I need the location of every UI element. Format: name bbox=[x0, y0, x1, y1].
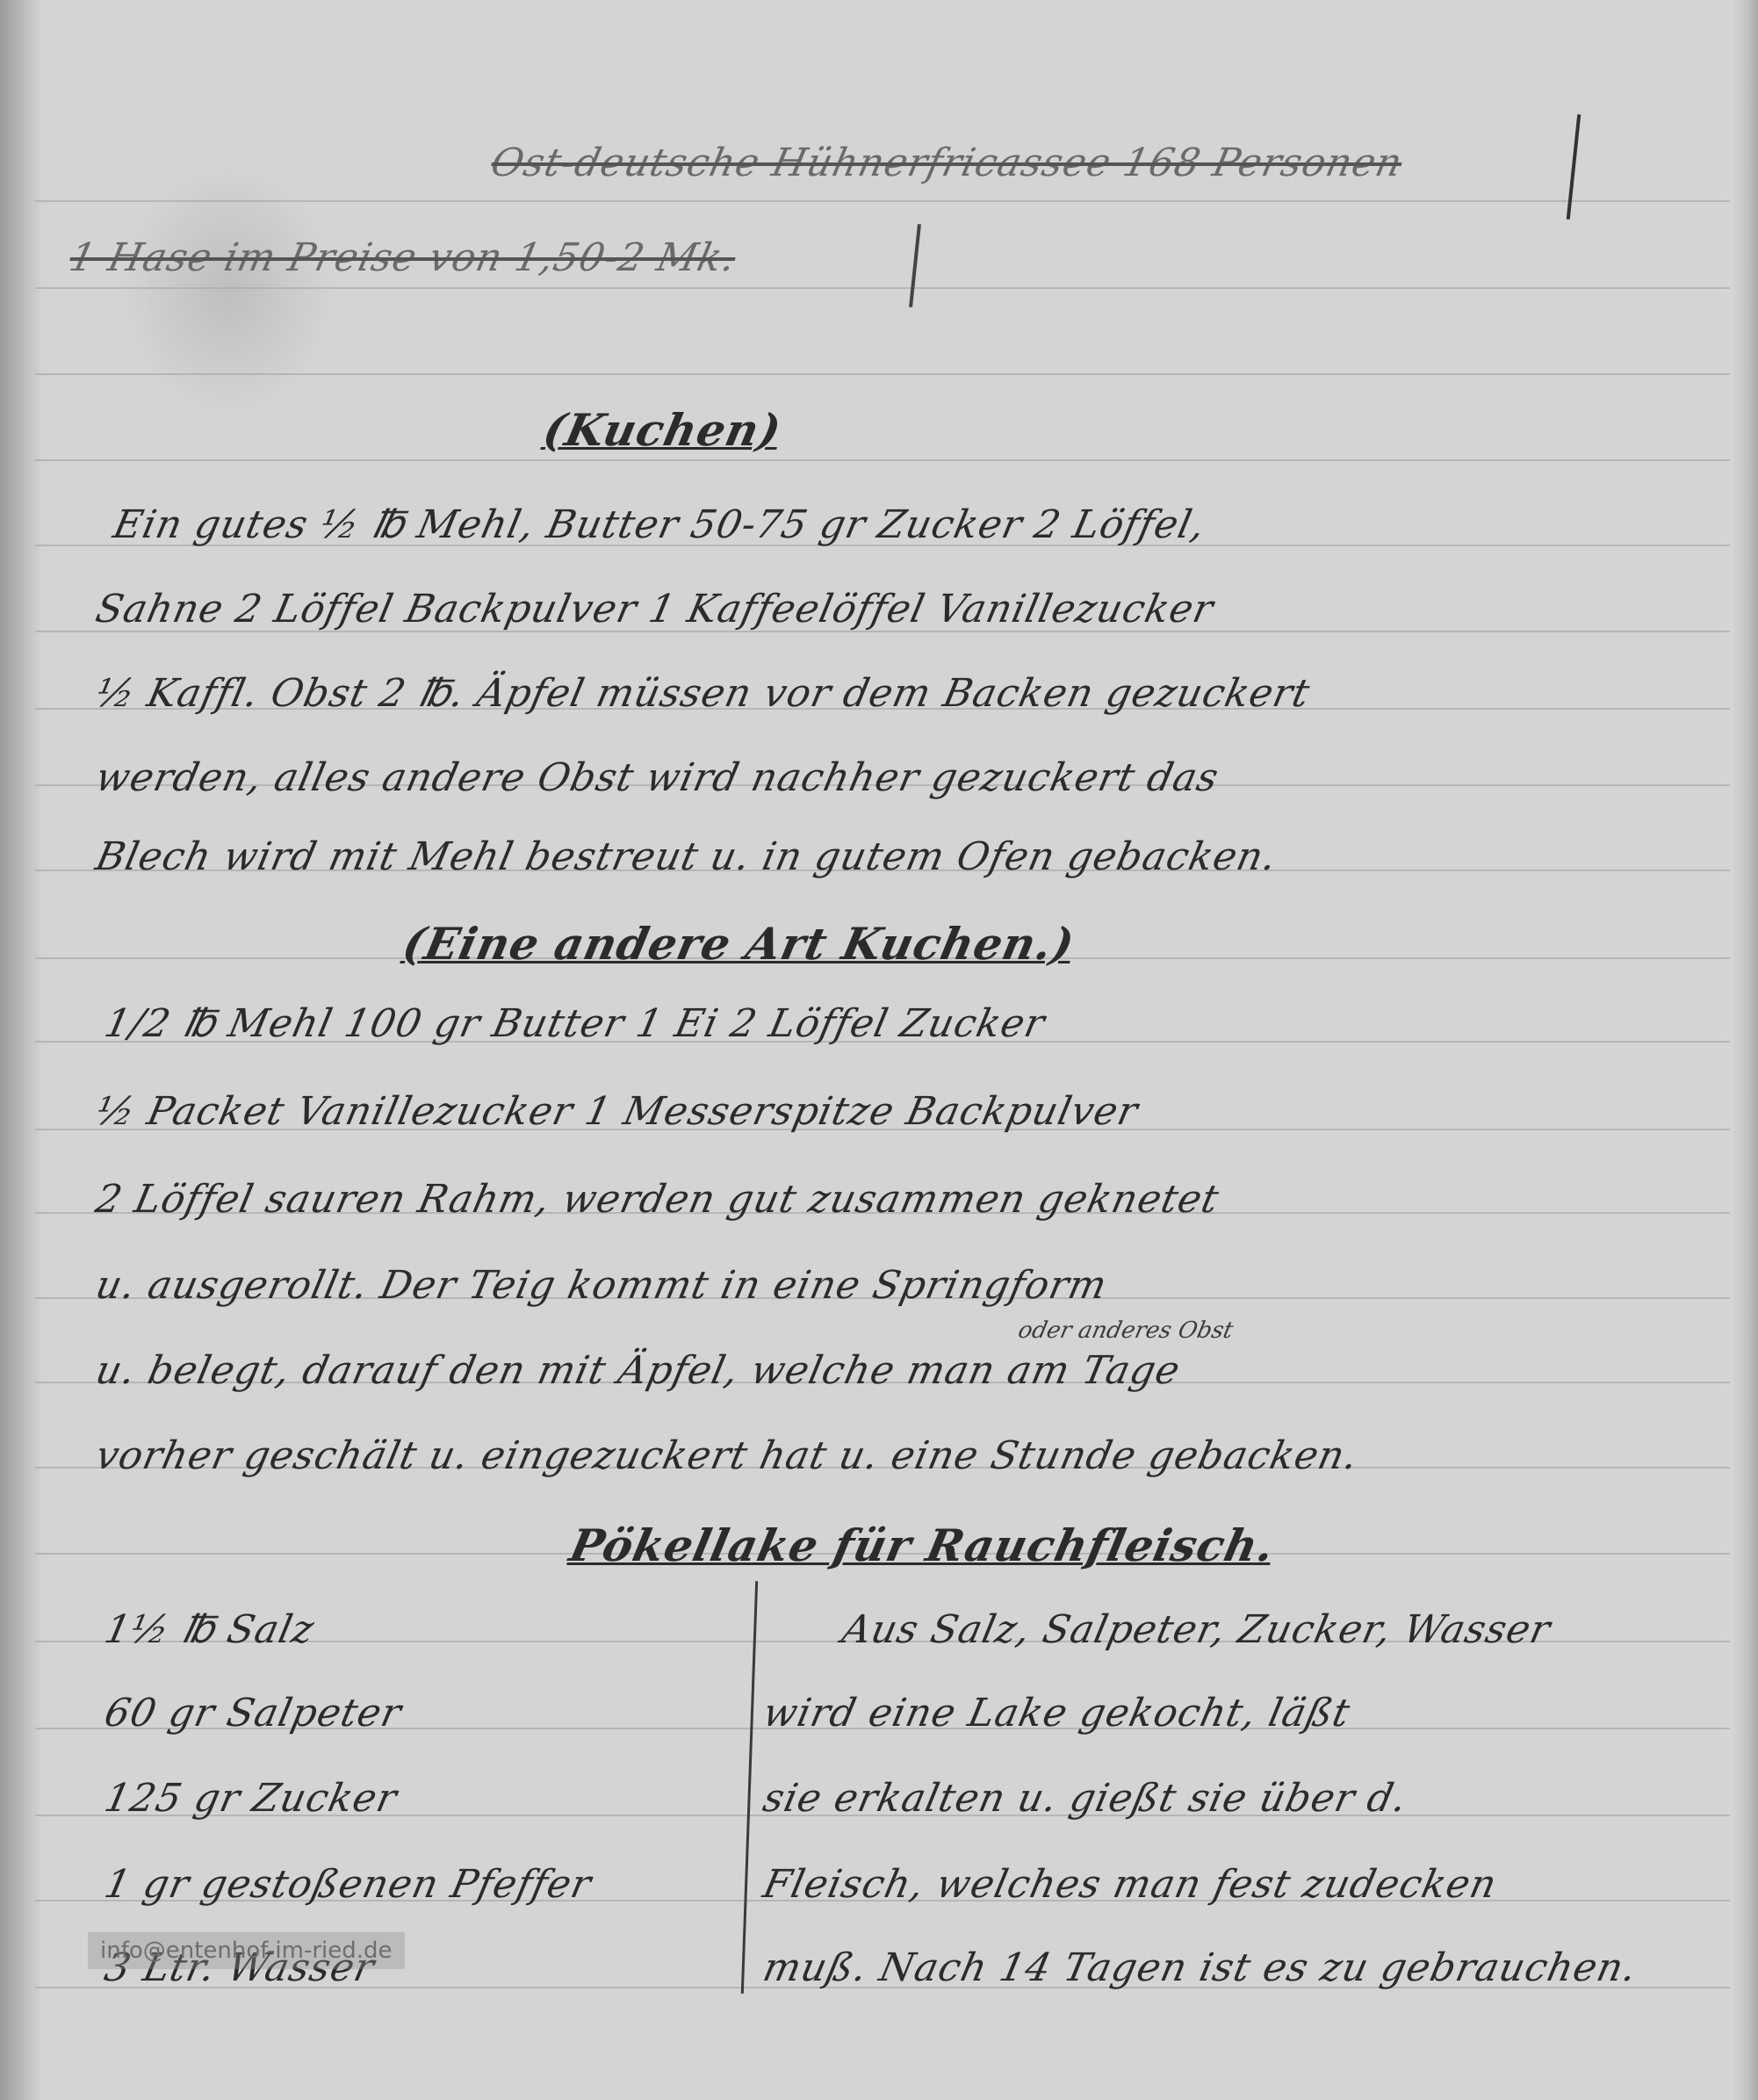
recipe-1-title: (Kuchen) bbox=[539, 404, 787, 456]
ingredient-item: 125 gr Zucker bbox=[101, 1776, 401, 1821]
instruction-line: sie erkalten u. gießt sie über d. bbox=[760, 1776, 1412, 1821]
ruled-line bbox=[35, 287, 1730, 289]
recipe-2-line: ½ Packet Vanillezucker 1 Messerspitze Ba… bbox=[92, 1089, 1142, 1134]
interlinear-insertion: oder anderes Obst bbox=[1016, 1317, 1236, 1344]
instruction-line: wird eine Lake gekocht, läßt bbox=[760, 1691, 1355, 1736]
instruction-line: Aus Salz, Salpeter, Zucker, Wasser bbox=[839, 1607, 1555, 1652]
column-divider bbox=[741, 1581, 758, 1994]
recipe-2-line: u. ausgerollt. Der Teig kommt in eine Sp… bbox=[92, 1263, 1112, 1308]
recipe-3-title: Pökellake für Rauchfleisch. bbox=[566, 1519, 1279, 1571]
margin-stroke bbox=[909, 224, 921, 307]
ingredient-item: 1½ ℔ Salz bbox=[101, 1607, 319, 1652]
ruled-line bbox=[35, 200, 1730, 202]
recipe-1-line: Blech wird mit Mehl bestreut u. in gutem… bbox=[92, 834, 1281, 879]
margin-stroke bbox=[1567, 114, 1581, 220]
recipe-2-line: vorher geschält u. eingezuckert hat u. e… bbox=[92, 1433, 1363, 1478]
manuscript-page: Ost-deutsche Hühnerfricassee 168 Persone… bbox=[0, 0, 1758, 2100]
struck-header-line-1: Ost-deutsche Hühnerfricassee 168 Persone… bbox=[487, 141, 1407, 185]
ruled-line bbox=[35, 373, 1730, 375]
ruled-line bbox=[35, 459, 1730, 461]
instruction-line: Fleisch, welches man fest zudecken bbox=[760, 1862, 1502, 1907]
watermark-email: info@entenhof-im-ried.de bbox=[88, 1932, 405, 1969]
recipe-2-title: (Eine andere Art Kuchen.) bbox=[399, 918, 1079, 970]
recipe-2-line: u. belegt, darauf den mit Äpfel, welche … bbox=[92, 1348, 1185, 1393]
recipe-1-line: Ein gutes ½ ℔ Mehl, Butter 50-75 gr Zuck… bbox=[110, 502, 1210, 547]
instruction-line: muß. Nach 14 Tagen ist es zu gebrauchen. bbox=[760, 1945, 1641, 1990]
recipe-1-line: Sahne 2 Löffel Backpulver 1 Kaffeelöffel… bbox=[92, 587, 1218, 631]
recipe-2-line: 1/2 ℔ Mehl 100 gr Butter 1 Ei 2 Löffel Z… bbox=[101, 1001, 1049, 1046]
ingredient-item: 60 gr Salpeter bbox=[101, 1691, 406, 1736]
recipe-1-line: ½ Kaffl. Obst 2 ℔. Äpfel müssen vor dem … bbox=[92, 671, 1315, 716]
recipe-2-line: 2 Löffel sauren Rahm, werden gut zusamme… bbox=[92, 1177, 1223, 1222]
ingredient-item: 1 gr gestoßenen Pfeffer bbox=[101, 1862, 596, 1907]
recipe-1-line: werden, alles andere Obst wird nachher g… bbox=[92, 755, 1223, 800]
struck-header-line-2: 1 Hase im Preise von 1,50-2 Mk. bbox=[66, 235, 740, 280]
